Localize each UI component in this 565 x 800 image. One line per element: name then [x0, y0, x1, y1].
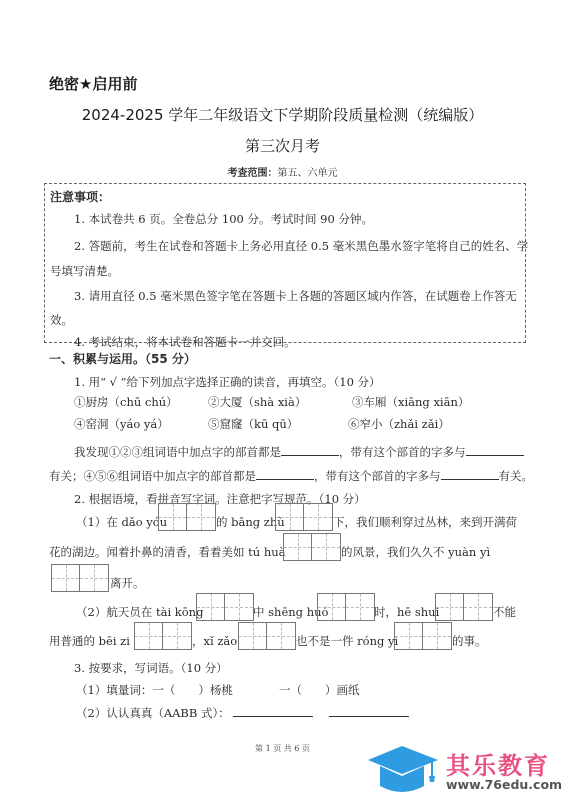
q2-2-text-g: 也不是一件 róng yì	[296, 633, 398, 649]
brand-url: www.76edu.com	[446, 777, 562, 792]
fill-text: ，带有这个部首的字多与	[339, 445, 466, 459]
q2-1-text-a: （1）在 dǎo yóu	[76, 514, 167, 530]
q3-2-row: （2）认认真真（AABB 式）：	[76, 705, 409, 721]
q1-option-4[interactable]: ④窑洞（yáo yá）	[74, 416, 169, 432]
tianzige-tuhua[interactable]	[283, 533, 341, 561]
q2-2-text-a: （2）航天员在 tài kōng	[76, 604, 203, 620]
fill-text: 有关。	[499, 469, 534, 483]
q1-option-2[interactable]: ②大厦（shà xià）	[208, 394, 306, 410]
aabb-blank-1[interactable]	[233, 705, 313, 717]
q2-1-text-f: 离开。	[110, 575, 145, 591]
q3-2-text: （2）认认真真（AABB 式）：	[76, 706, 230, 720]
q3-1-text-b[interactable]: 一（ ）画纸	[279, 682, 360, 698]
notice-item-1: 1. 本试卷共 6 页。全卷总分 100 分。考试时间 90 分钟。	[50, 211, 373, 227]
q2-2-text-d: 不能	[493, 604, 516, 620]
exam-title: 2024-2025 学年二年级语文下学期阶段质量检测（统编版）	[0, 104, 565, 125]
graduation-cap-icon	[366, 742, 446, 798]
notice-item-2-cont: 号填写清楚。	[50, 263, 119, 279]
q2-1-text-d: 花的湖边。闻着扑鼻的清香，看着美如 tú huà	[49, 544, 286, 560]
fill-blank-1[interactable]	[281, 444, 339, 456]
fill-text: 我发现①②③组词语中加点字的部首都是	[74, 445, 281, 459]
notice-item-4: 4. 考试结束，将本试卷和答题卡一并交回。	[50, 334, 296, 350]
q2-2-text-f: ，xǐ zǎo	[192, 633, 237, 649]
fill-blank-4[interactable]	[441, 468, 499, 480]
confidential-label: 绝密★启用前	[49, 73, 137, 94]
scope-value: 第五、六单元	[278, 168, 338, 179]
q2-1-text-e: 的风景，我们久久不 yuàn yì	[341, 544, 490, 560]
exam-scope: 考查范围：第五、六单元	[0, 164, 565, 179]
q1-option-1[interactable]: ①厨房（chū chú）	[74, 394, 178, 410]
tianzige-beizi[interactable]	[134, 622, 192, 650]
q2-2-text-h: 的事。	[452, 633, 487, 649]
tianzige-shenghuo[interactable]	[317, 593, 375, 621]
scope-label: 考查范围：	[228, 168, 278, 179]
q1-prompt: 1. 用“ √ ”给下列加点字选择正确的读音，再填空。（10 分）	[74, 374, 381, 390]
q3-1-text-a[interactable]: （1）填量词：一（ ）杨桃	[76, 682, 233, 698]
exam-subtitle: 第三次月考	[0, 135, 565, 156]
q1-option-3[interactable]: ③车厢（xiāng xiān）	[352, 394, 469, 410]
q1-fill-line-2: 有关；④⑤⑥组词语中加点字的部首都是，带有这个部首的字多与有关。	[49, 468, 533, 484]
section-1-heading: 一、积累与运用。（55 分）	[49, 350, 196, 367]
fill-text: 有关；④⑤⑥组词语中加点字的部首都是	[49, 469, 256, 483]
aabb-blank-2[interactable]	[329, 705, 409, 717]
q2-2-text-e: 用普通的 bēi zi	[49, 633, 130, 649]
q1-option-6[interactable]: ⑥窄小（zhǎi zǎi）	[348, 416, 450, 432]
notice-title: 注意事项：	[50, 188, 110, 205]
fill-text: ，带有这个部首的字多与	[314, 469, 441, 483]
tianzige-yuanyi[interactable]	[51, 564, 109, 592]
q1-option-5[interactable]: ⑤窟窿（kū qū）	[208, 416, 298, 432]
watermark-logo: 其乐教育 www.76edu.com	[366, 744, 561, 796]
q2-1-text-c: 下，我们顺利穿过丛林，来到开满荷	[333, 514, 517, 530]
notice-item-3-cont: 效。	[50, 312, 73, 328]
q2-2-text-c: 时，hē shuǐ	[374, 604, 439, 620]
brand-name: 其乐教育	[446, 746, 550, 781]
tianzige-rongyi[interactable]	[394, 622, 452, 650]
tianzige-daoyou[interactable]	[158, 503, 216, 531]
tianzige-bangzhu[interactable]	[275, 503, 333, 531]
notice-item-3: 3. 请用直径 0.5 毫米黑色签字笔在答题卡上各题的答题区域内作答，在试题卷上…	[50, 288, 517, 304]
notice-item-2: 2. 答题前，考生在试卷和答题卡上务必用直径 0.5 毫米黑色墨水签字笔将自己的…	[50, 238, 528, 254]
notice-box: 注意事项： 1. 本试卷共 6 页。全卷总分 100 分。考试时间 90 分钟。…	[44, 183, 526, 343]
tianzige-taikong[interactable]	[196, 593, 254, 621]
tianzige-xizao[interactable]	[238, 622, 296, 650]
tianzige-heshui[interactable]	[435, 593, 493, 621]
q3-prompt: 3. 按要求，写词语。（10 分）	[74, 660, 228, 676]
q1-fill-line-1: 我发现①②③组词语中加点字的部首都是，带有这个部首的字多与	[74, 444, 524, 460]
fill-blank-2[interactable]	[466, 444, 524, 456]
fill-blank-3[interactable]	[256, 468, 314, 480]
